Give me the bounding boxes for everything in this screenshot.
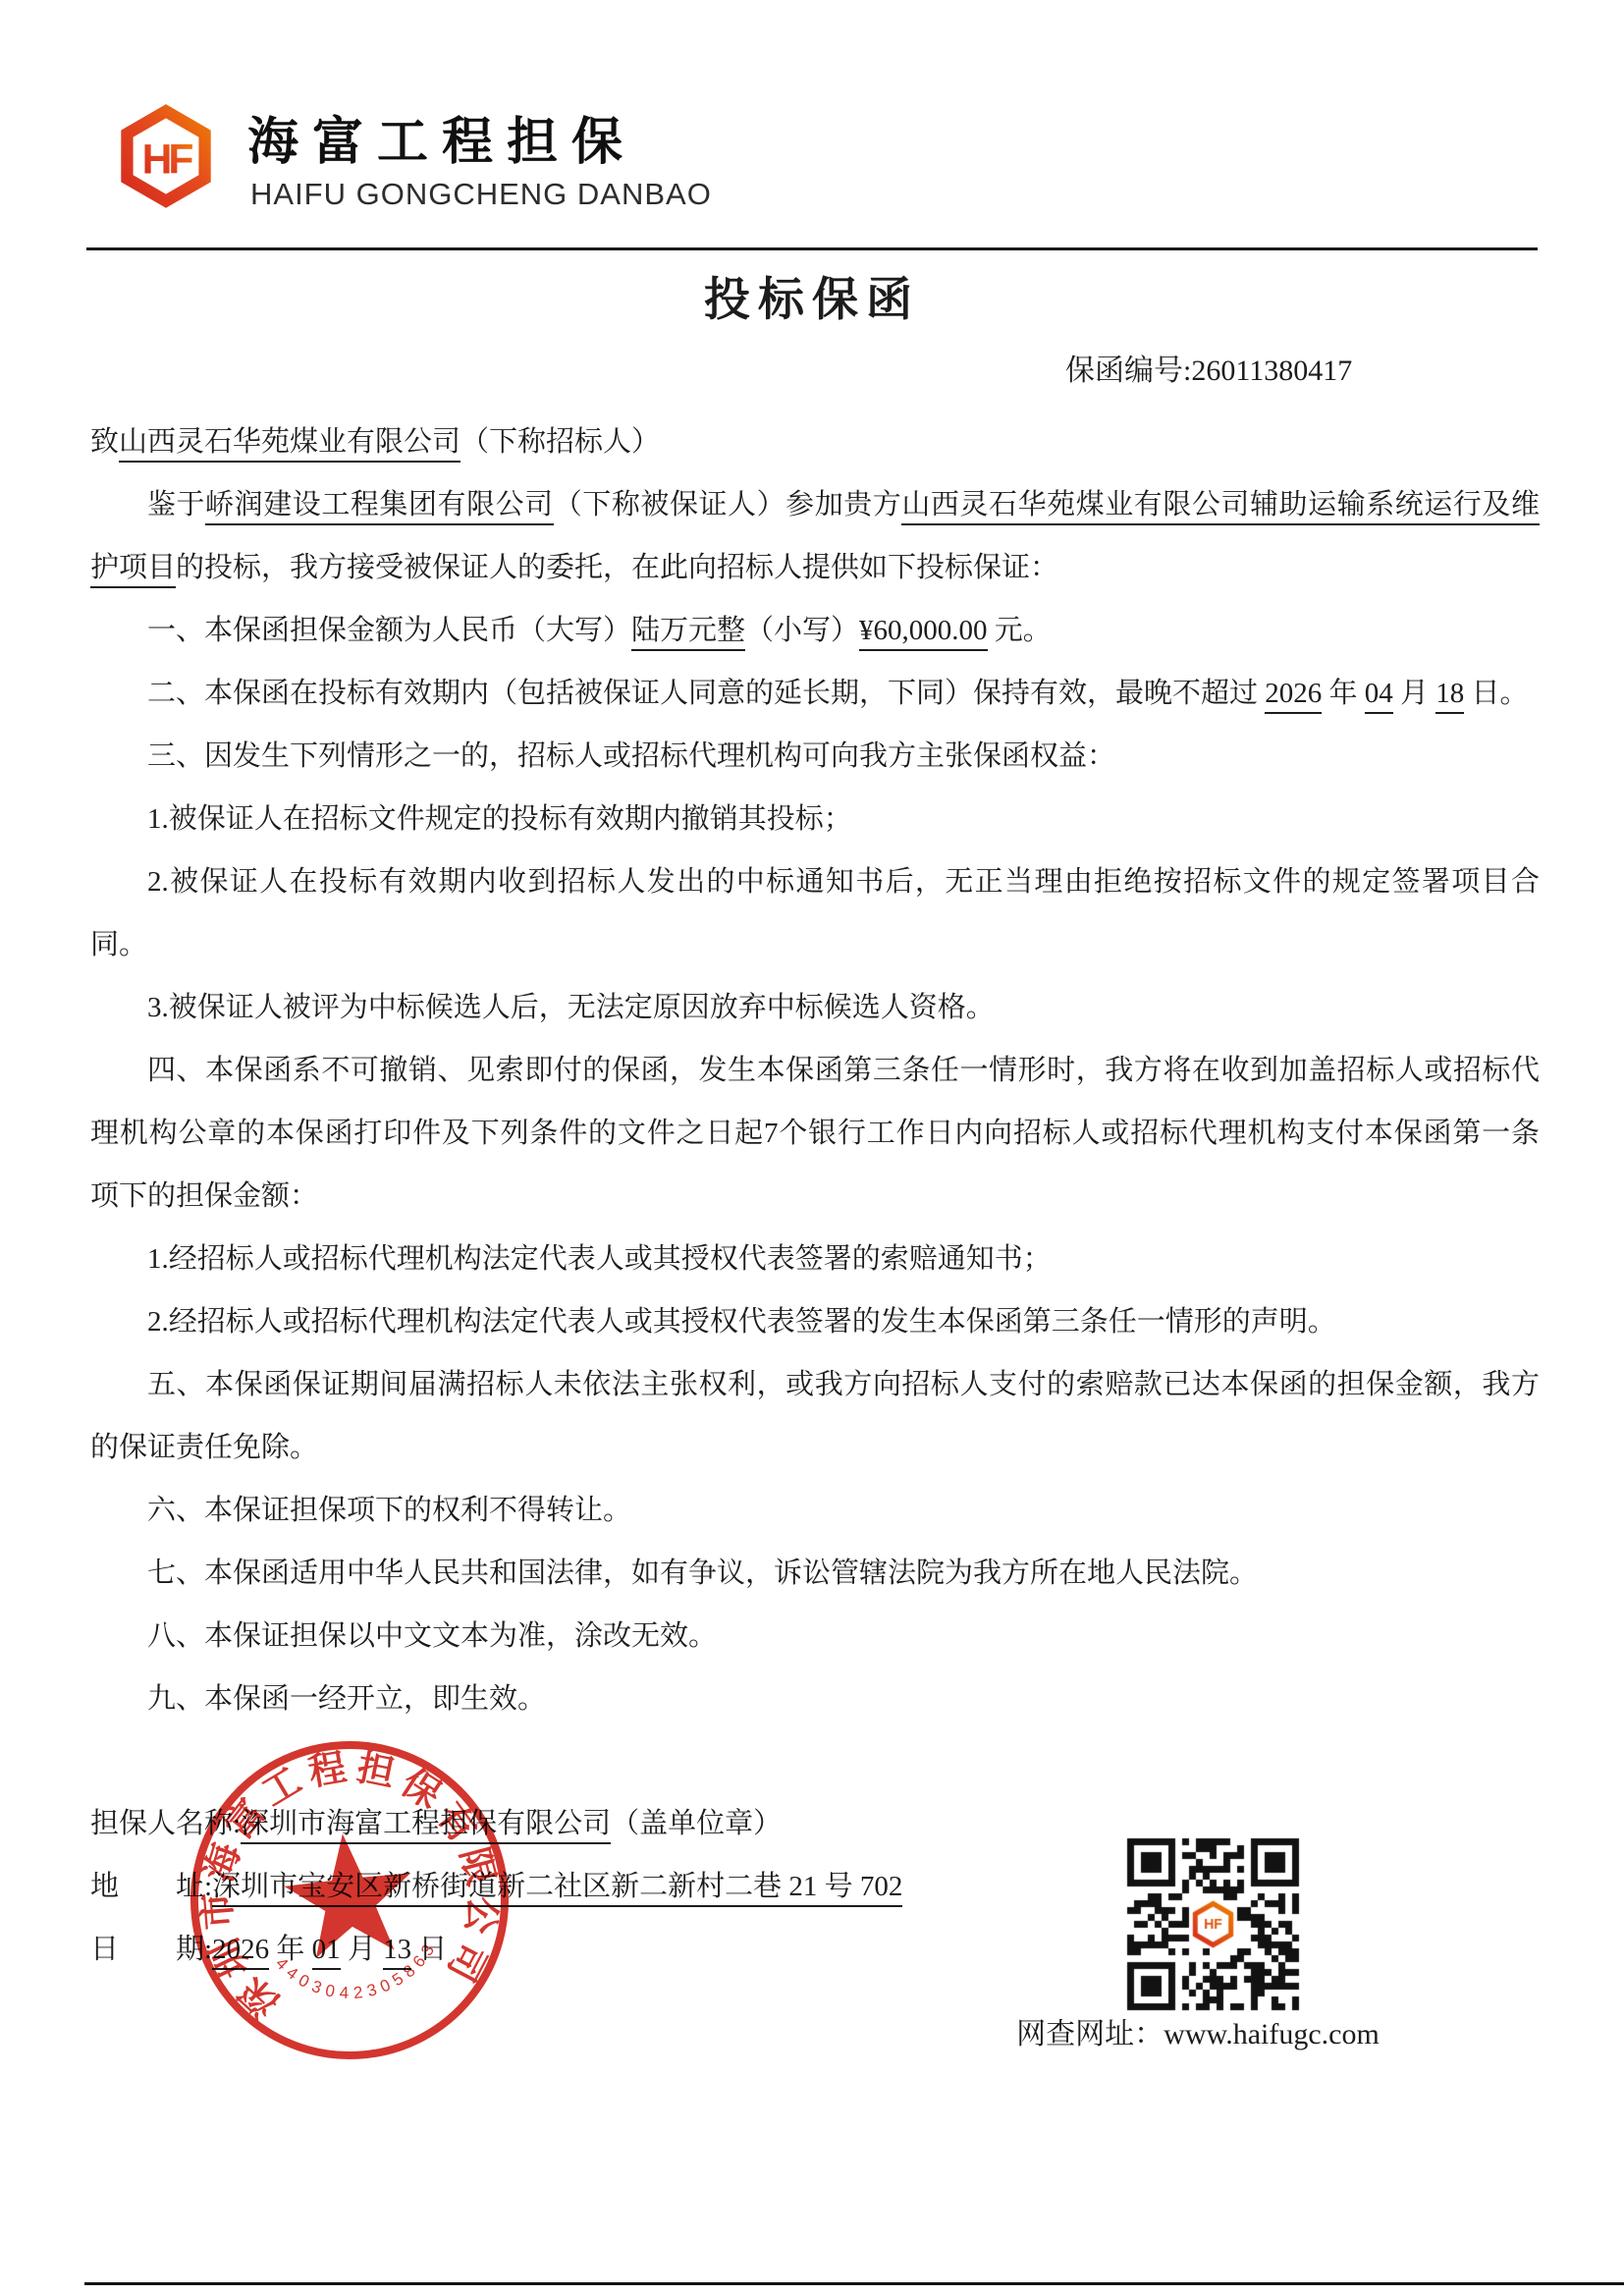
body-line: 一、本保函担保金额为人民币（大写）陆万元整（小写）¥60,000.00 元。	[90, 599, 1540, 662]
qr-code	[1117, 1829, 1309, 2020]
underlined-text: 陆万元整	[631, 615, 745, 651]
body-line: 三、因发生下列情形之一的，招标人或招标代理机构可向我方主张保函权益：	[90, 725, 1540, 788]
text-segment: 1.经招标人或招标代理机构法定代表人或其授权代表签署的索赔通知书；	[147, 1243, 1052, 1275]
body-line: 1.被保证人在招标文件规定的投标有效期内撤销其投标；	[90, 788, 1540, 850]
body-line: 3.被保证人被评为中标候选人后，无法定原因放弃中标候选人资格。	[90, 976, 1540, 1039]
company-seal-stamp: 深圳市海富工程担保有限公司 4403042305863	[150, 1701, 550, 2101]
text-segment: 年	[1322, 678, 1365, 709]
text-segment: 的保证责任免除。	[90, 1432, 318, 1463]
underlined-text: 山西灵石华苑煤业有限公司辅助运输系统运行及维	[901, 489, 1540, 525]
body-line: 1.经招标人或招标代理机构法定代表人或其授权代表签署的索赔通知书；	[90, 1228, 1540, 1290]
text-segment: （下称招标人）	[460, 426, 660, 458]
text-segment: 一、本保函担保金额为人民币（大写）	[147, 615, 631, 646]
text-segment: 日。	[1464, 678, 1528, 709]
header-divider	[86, 247, 1538, 250]
brand-name: 海富工程担保	[247, 100, 636, 174]
page-title: 投标保函	[0, 263, 1624, 329]
underlined-text: 峤润建设工程集团有限公司	[205, 489, 554, 525]
guarantee-number: 保函编号:26011380417	[1065, 346, 1352, 389]
seal-serial-number: 4403042305863	[271, 1937, 445, 2010]
text-segment: 六、本保证担保项下的权利不得转让。	[147, 1495, 631, 1526]
body-line: 理机构公章的本保函打印件及下列条件的文件之日起7个银行工作日内向招标人或招标代理…	[90, 1102, 1540, 1165]
text-segment: 2.经招标人或招标代理机构法定代表人或其授权代表签署的发生本保函第三条任一情形的…	[147, 1306, 1336, 1338]
underlined-text: 山西灵石华苑煤业有限公司	[119, 426, 460, 463]
body-line: 二、本保函在投标有效期内（包括被保证人同意的延长期，下同）保持有效，最晚不超过 …	[90, 662, 1540, 725]
body-line: 致山西灵石华苑煤业有限公司（下称招标人）	[90, 410, 1540, 473]
text-segment: 项下的担保金额：	[90, 1180, 318, 1212]
svg-text:4403042305863: 4403042305863	[271, 1937, 445, 2010]
body-line: 六、本保证担保项下的权利不得转让。	[90, 1479, 1540, 1542]
underlined-text: 18	[1435, 678, 1464, 714]
underlined-text: 护项目	[90, 552, 176, 588]
text-segment: 2.被保证人在投标有效期内收到招标人发出的中标通知书后，无正当理由拒绝按招标文件…	[147, 866, 1540, 898]
body-line: 五、本保函保证期间届满招标人未依法主张权利，或我方向招标人支付的索赔款已达本保函…	[90, 1353, 1540, 1416]
text-segment: 八、本保证担保以中文文本为准，涂改无效。	[147, 1620, 717, 1652]
qr-caption: 网查网址：www.haifugc.com	[982, 2009, 1414, 2052]
body-line: 四、本保函系不可撤销、见索即付的保函，发生本保函第三条任一情形时，我方将在收到加…	[90, 1039, 1540, 1102]
text-segment: （下称被保证人）参加贵方	[554, 489, 902, 520]
text-segment: 的投标，我方接受被保证人的委托，在此向招标人提供如下投标保证：	[176, 552, 1058, 583]
body-line: 同。	[90, 913, 1540, 976]
text-segment: 鉴于	[147, 489, 205, 520]
company-logo-hexagon-icon: HF	[114, 94, 218, 220]
text-segment: （盖单位章）	[611, 1808, 782, 1839]
brand-subtitle: HAIFU GONGCHENG DANBAO	[250, 177, 712, 212]
body-line: 鉴于峤润建设工程集团有限公司（下称被保证人）参加贵方山西灵石华苑煤业有限公司辅助…	[90, 473, 1540, 536]
body-line: 项下的担保金额：	[90, 1165, 1540, 1228]
text-segment: 二、本保函在投标有效期内（包括被保证人同意的延长期，下同）保持有效，最晚不超过	[147, 678, 1265, 709]
text-segment: 三、因发生下列情形之一的，招标人或招标代理机构可向我方主张保函权益：	[147, 740, 1115, 772]
underlined-text: 04	[1365, 678, 1393, 714]
body-line: 七、本保函适用中华人民共和国法律，如有争议，诉讼管辖法院为我方所在地人民法院。	[90, 1542, 1540, 1605]
text-segment: 五、本保函保证期间届满招标人未依法主张权利，或我方向招标人支付的索赔款已达本保函…	[147, 1369, 1540, 1400]
text-segment: （小写）	[745, 615, 859, 646]
text-segment: 3.被保证人被评为中标候选人后，无法定原因放弃中标候选人资格。	[147, 992, 995, 1023]
seal-star-icon	[280, 1828, 419, 1961]
text-segment: 月	[1393, 678, 1436, 709]
text-segment: 理机构公章的本保函打印件及下列条件的文件之日起7个银行工作日内向招标人或招标代理…	[90, 1118, 1540, 1149]
text-segment: 七、本保函适用中华人民共和国法律，如有争议，诉讼管辖法院为我方所在地人民法院。	[147, 1558, 1258, 1589]
body-line: 八、本保证担保以中文文本为准，涂改无效。	[90, 1605, 1540, 1667]
body-line: 的保证责任免除。	[90, 1416, 1540, 1479]
body-line: 2.被保证人在投标有效期内收到招标人发出的中标通知书后，无正当理由拒绝按招标文件…	[90, 850, 1540, 913]
text-segment: 同。	[90, 929, 147, 960]
body-line: 护项目的投标，我方接受被保证人的委托，在此向招标人提供如下投标保证：	[90, 536, 1540, 599]
text-segment: 致	[90, 426, 119, 458]
document-body: 致山西灵石华苑煤业有限公司（下称招标人）鉴于峤润建设工程集团有限公司（下称被保证…	[90, 410, 1540, 1730]
document-page: HF 海富工程担保 HAIFU GONGCHENG DANBAO 投标保函 保函…	[0, 0, 1624, 2296]
text-segment: 元。	[988, 615, 1052, 646]
text-segment: 1.被保证人在招标文件规定的投标有效期内撤销其投标；	[147, 803, 852, 835]
scan-edge-line	[84, 2282, 1624, 2285]
underlined-text: ¥60,000.00	[859, 615, 988, 651]
text-segment: 四、本保函系不可撤销、见索即付的保函，发生本保函第三条任一情形时，我方将在收到加…	[147, 1055, 1540, 1086]
underlined-text: 2026	[1265, 678, 1322, 714]
body-line: 2.经招标人或招标代理机构法定代表人或其授权代表签署的发生本保函第三条任一情形的…	[90, 1290, 1540, 1353]
logo-monogram: HF	[142, 136, 193, 183]
